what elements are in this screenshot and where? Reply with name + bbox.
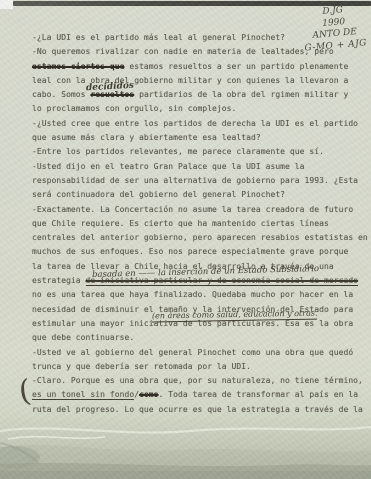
scan-edge-top (13, 1, 371, 6)
typed-line: -Usted dijo en el teatro Gran Palace que… (32, 160, 368, 174)
typed-line: -Usted ve al gobierno del general Pinoch… (32, 346, 368, 360)
typed-line: ruta del progreso. Lo que ocurre es que … (32, 403, 368, 417)
typed-text: -Entre los partidos relevantes, me parec… (32, 147, 324, 156)
typed-text: leal con la obra del gobierno militar y … (32, 76, 348, 85)
typed-line: centrales del anterior gobierno, pero ap… (32, 231, 368, 245)
typed-text: centrales del anterior gobierno, pero ap… (32, 233, 368, 242)
typed-text: -Claro. Porque es una obra que, por su n… (32, 376, 363, 385)
scan-corner-white (0, 0, 13, 9)
typed-text: será continuadora del gobierno del gener… (32, 190, 285, 199)
typed-line: -Exactamente. La Concertación no asume l… (32, 203, 368, 217)
typed-text: -No queremos rivalizar con nadie en mate… (32, 47, 334, 56)
typed-text: -¿Usted cree que entre los partidos de d… (32, 119, 358, 128)
typed-text: partidarios de la obra del rgimen milita… (134, 90, 348, 99)
scanned-document-page: -¿La UDI es el partido más leal al gener… (0, 0, 371, 479)
typed-text: no es una tarea que haya finalizado. Que… (32, 290, 353, 299)
typed-text: que asume más clara y abiertamente esa l… (32, 133, 261, 142)
typed-text: estamos resueltos a ser un partido plena… (124, 62, 348, 71)
typed-text: lo proclamamos con orgullo, sin complejo… (32, 104, 236, 113)
typed-text: estrategia (32, 276, 86, 285)
page-bottom-shadow (0, 417, 371, 479)
typed-text: . Toda tarea de transformar al país en l… (159, 390, 359, 399)
typed-text: -Exactamente. La Concertación no asume l… (32, 205, 353, 214)
typed-line: -Entre los partidos relevantes, me parec… (32, 145, 368, 159)
handwritten-parenthesis-mark: ( (17, 373, 33, 409)
typed-line: muchos de sus enfoques. Eso nos parece e… (32, 245, 368, 259)
typed-line: estamos ciertos que estamos resueltos a … (32, 60, 368, 74)
typed-text: -Usted ve al gobierno del general Pinoch… (32, 348, 353, 357)
struck-text: estamos ciertos que (32, 62, 124, 71)
typed-line: que debe continuarse. (32, 331, 368, 345)
typed-text: que Chile requiere. Es cierto que ha man… (32, 219, 329, 228)
typed-text-block: -¿La UDI es el partido más leal al gener… (32, 31, 368, 417)
typed-line: cabo. Somos resueltos partidarios de la … (32, 88, 368, 102)
typed-line: trunca y que debería ser retomada por la… (32, 360, 368, 374)
hand-underlined-text: es un tonel sin fondo (32, 390, 134, 400)
typed-line: que Chile requiere. Es cierto que ha man… (32, 217, 368, 231)
typed-text: ruta del progreso. Lo que ocurre es que … (32, 405, 363, 414)
typed-text: muchos de sus enfoques. Eso nos parece e… (32, 247, 348, 256)
typed-line: que asume más clara y abiertamente esa l… (32, 131, 368, 145)
typed-text: -Usted dijo en el teatro Gran Palace que… (32, 162, 305, 171)
typed-line: será continuadora del gobierno del gener… (32, 188, 368, 202)
struck-text: como (139, 390, 158, 399)
typed-line: no es una tarea que haya finalizado. Que… (32, 288, 368, 302)
typed-line: lo proclamamos con orgullo, sin complejo… (32, 102, 368, 116)
typed-text: -¿La UDI es el partido más leal al gener… (32, 33, 285, 42)
typed-line: leal con la obra del gobierno militar y … (32, 74, 368, 88)
typed-line: responsabilidad de ser una alternativa d… (32, 174, 368, 188)
handwritten-archive-note: D.JG 1990 ANTO DE G-MO + AJG (302, 3, 368, 54)
typed-line: es un tonel sin fondo/como. Toda tarea d… (32, 388, 368, 402)
typed-line: -Claro. Porque es una obra que, por su n… (32, 374, 368, 388)
typed-text: responsabilidad de ser una alternativa d… (32, 176, 358, 185)
typed-text: trunca y que debería ser retomada por la… (32, 362, 251, 371)
typed-line: -¿Usted cree que entre los partidos de d… (32, 117, 368, 131)
typed-text: cabo. Somos (32, 90, 90, 99)
typed-text: que debe continuarse. (32, 333, 134, 342)
